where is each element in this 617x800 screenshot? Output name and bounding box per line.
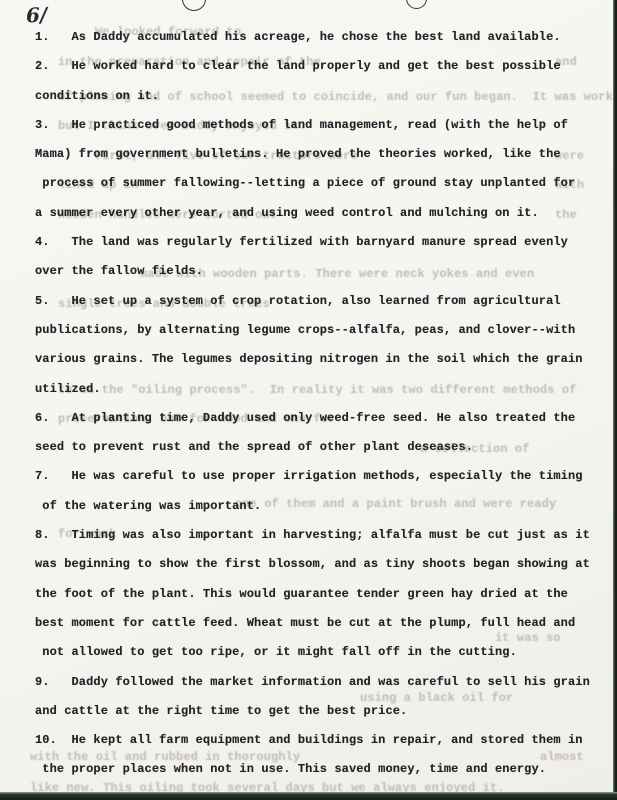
list-item: 8. Timing was also important in harvesti… [35, 521, 610, 667]
scan-edge-right [613, 0, 617, 800]
list-item: 7. He was careful to use proper irrigati… [35, 462, 610, 521]
list-item: 5. He set up a system of crop rotation, … [35, 287, 610, 404]
list-item: 10. He kept all farm equipment and build… [35, 726, 610, 785]
scan-edge-bottom [0, 792, 617, 800]
list-item: 3. He practiced good methods of land man… [35, 111, 610, 228]
list-item: 4. The land was regularly fertilized wit… [35, 228, 610, 287]
scanned-document-page: We looked forward to in the preparation … [0, 0, 617, 800]
typed-list: 1. As Daddy accumulated his acreage, he … [35, 23, 610, 785]
handwritten-page-number: 6/ [25, 2, 47, 27]
list-item: 6. At planting time, Daddy used only wee… [35, 404, 610, 463]
list-item: 1. As Daddy accumulated his acreage, he … [35, 23, 610, 52]
list-item: 2. He worked hard to clear the land prop… [35, 52, 610, 111]
list-item: 9. Daddy followed the market information… [35, 668, 610, 727]
